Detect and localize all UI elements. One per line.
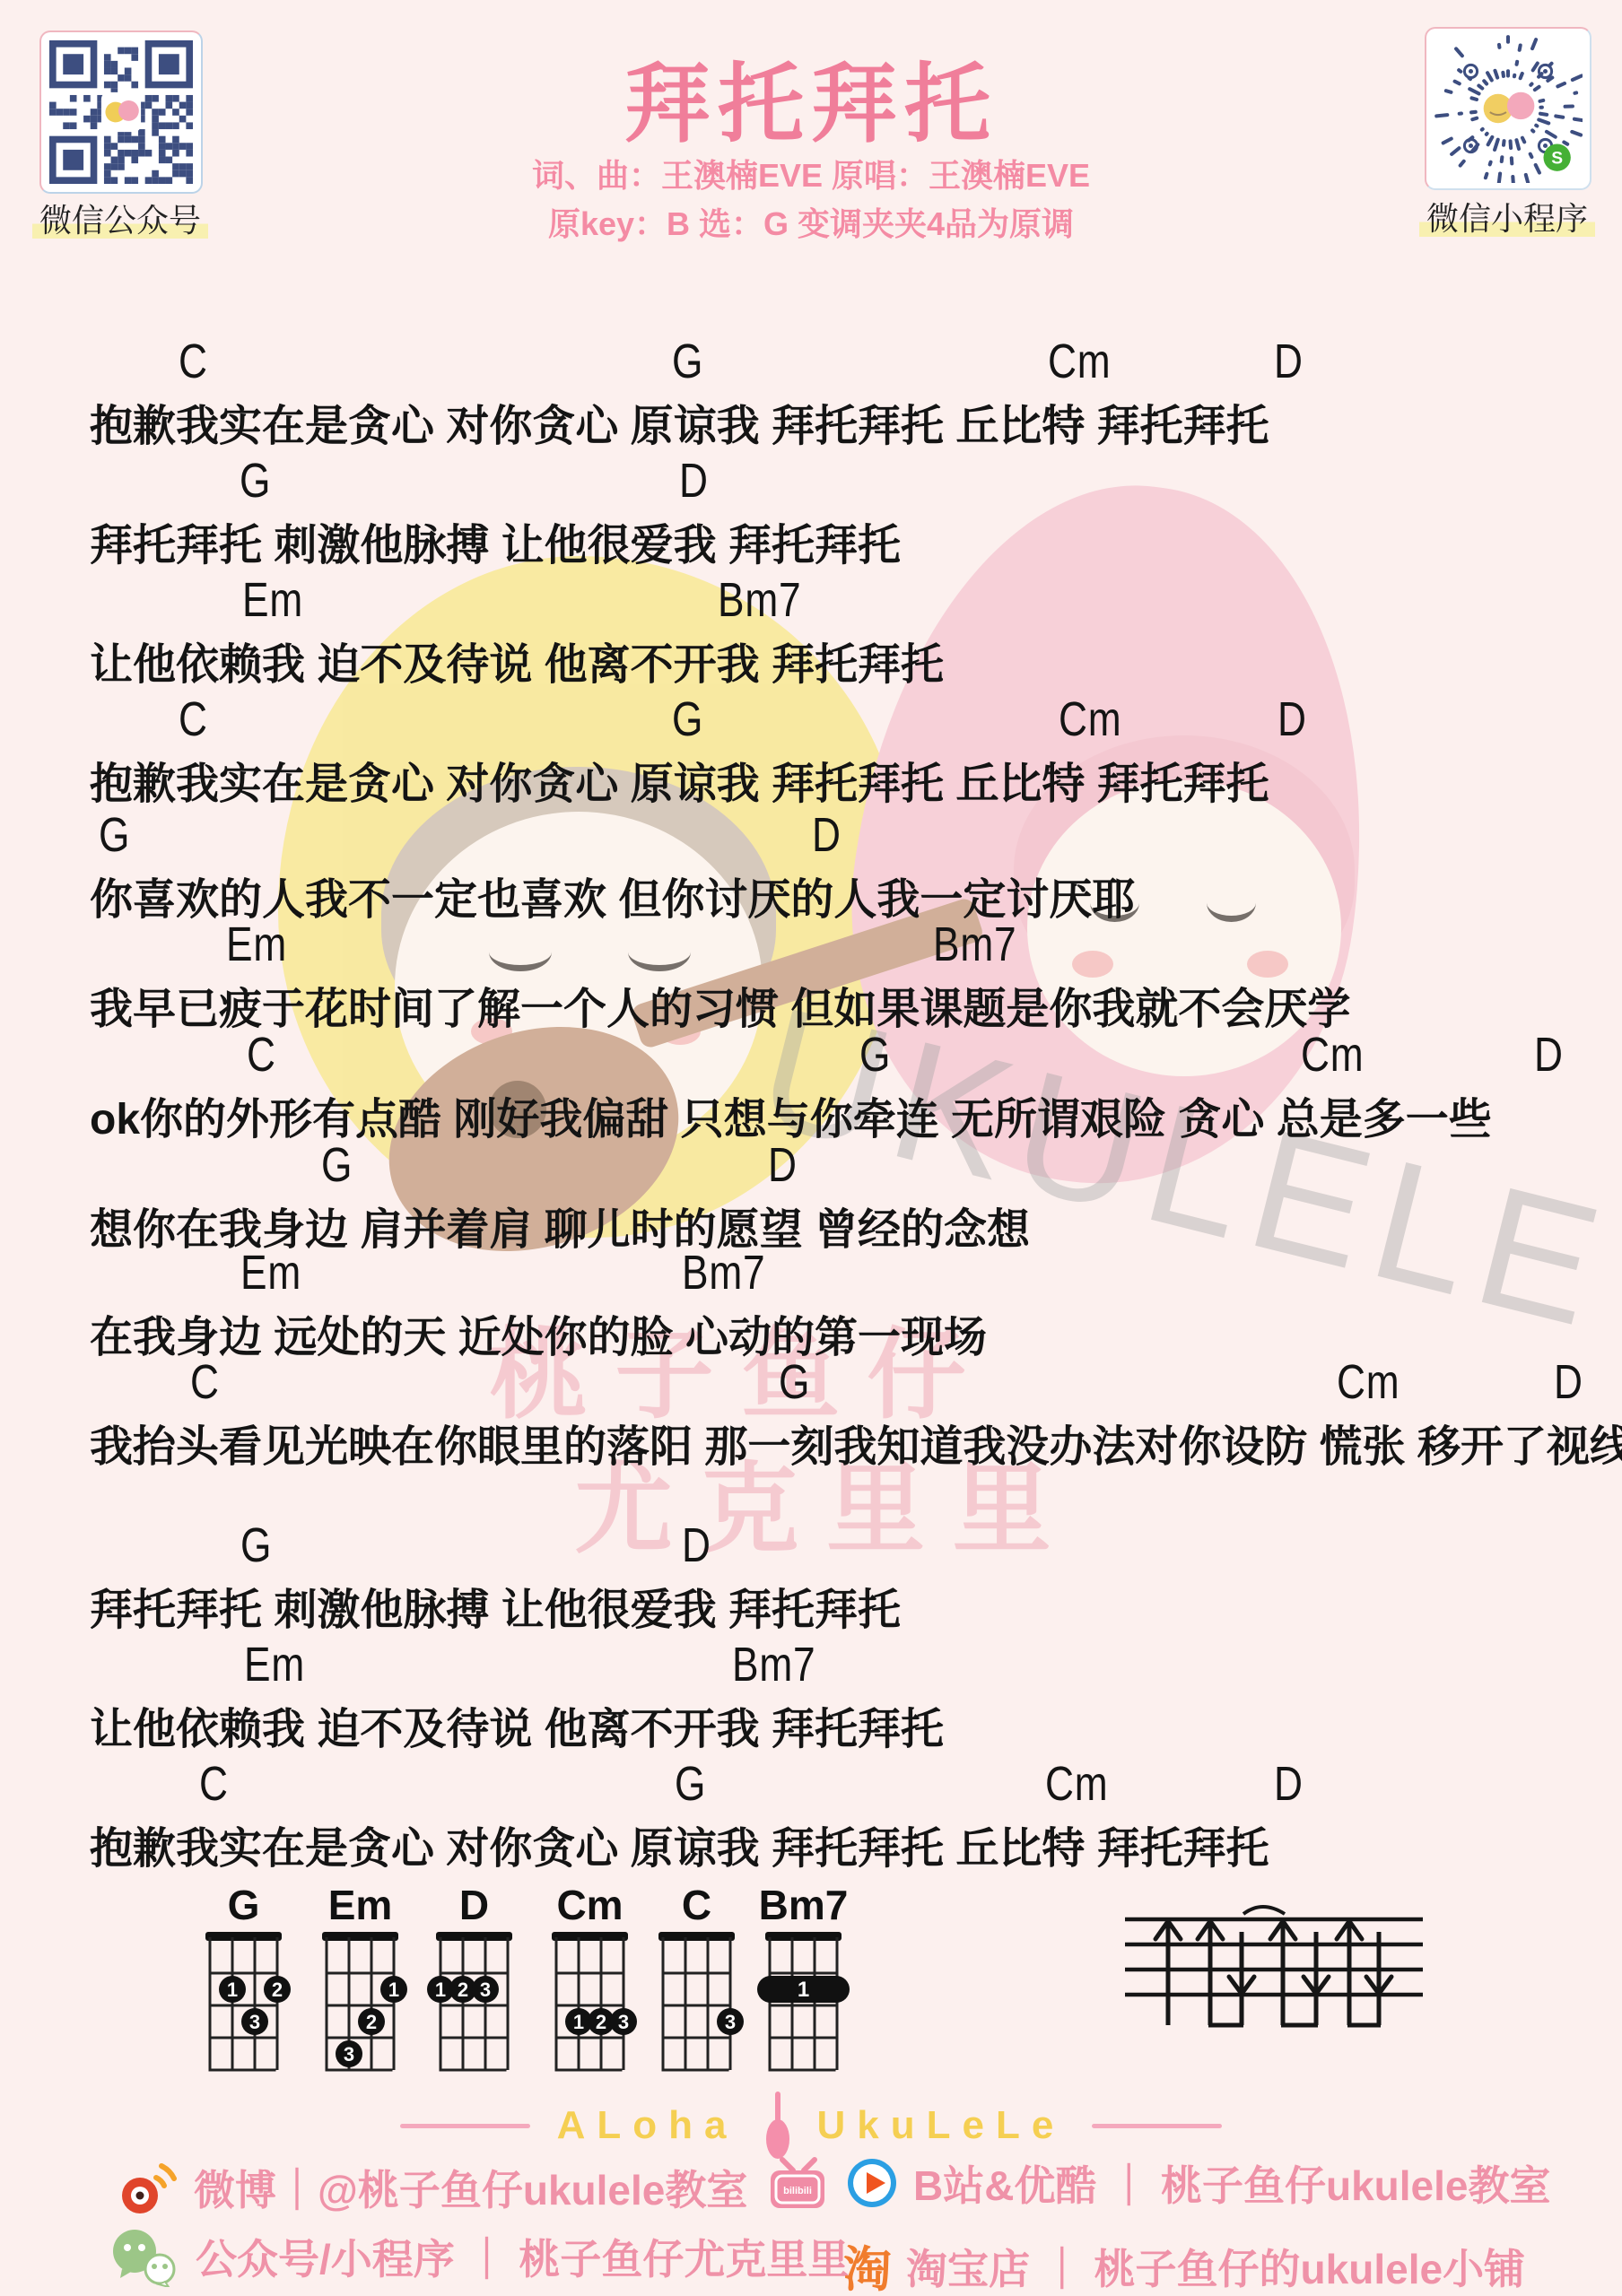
chord-label: C [247,1027,276,1083]
svg-text:3: 3 [617,2011,628,2033]
svg-text:Cm: Cm [556,1883,623,1928]
chord-label: D [679,453,709,509]
key-info: 原key：B 选：G 变调夹夹4品为原调 [0,199,1622,245]
svg-text:Bm7: Bm7 [758,1883,848,1928]
song-line: EmBm7在我身边 远处的天 近处你的脸 心动的第一现场 [0,1245,1622,1363]
bilibili-icon: bilibili [764,2152,831,2213]
chord-label: D [1274,1756,1304,1812]
chord-label: Bm7 [732,1637,816,1692]
chord-label: G [859,1027,891,1083]
lyric-text: 让他依赖我 迫不及待说 他离不开我 拜托拜托 [90,630,944,691]
footer-text: 微博｜@桃子鱼仔ukulele教室 [194,2158,747,2217]
svg-text:2: 2 [365,2011,376,2033]
chord-label: Bm7 [933,917,1017,972]
song-line: CGCmD抱歉我实在是贪心 对你贪心 原谅我 拜托拜托 丘比特 拜托拜托 [0,691,1622,810]
footer-text: 公众号/小程序 ｜ 桃子鱼仔尤克里里 [196,2227,849,2286]
song-line: CGCmD抱歉我实在是贪心 对你贪心 原谅我 拜托拜托 丘比特 拜托拜托 [0,1756,1622,1874]
chord-label: D [682,1518,711,1573]
svg-text:3: 3 [479,1979,490,2001]
chord-diagram-g: G123 [186,1883,302,2077]
svg-text:2: 2 [457,1979,467,2001]
svg-text:C: C [681,1883,711,1928]
svg-text:G: G [227,1883,259,1928]
chord-label: D [1274,334,1304,389]
chord-label: G [240,453,271,509]
song-line: GD你喜欢的人我不一定也喜欢 但你讨厌的人我一定讨厌耶 [0,807,1622,926]
chord-label: D [812,807,842,863]
chord-diagram-c: C3 [639,1883,755,2077]
song-line: GD想你在我身边 肩并着肩 聊儿时的愿望 曾经的念想 [0,1137,1622,1256]
chord-label: G [99,807,130,863]
song-title: 拜托拜托 [0,36,1622,159]
wechat-icon [109,2226,181,2287]
song-line: EmBm7让他依赖我 迫不及待说 他离不开我 拜托拜托 [0,1637,1622,1755]
taobao-icon: 淘 [843,2231,892,2296]
chord-label: C [179,691,208,747]
divider-line [400,2124,530,2128]
weibo-link-row: 微博｜@桃子鱼仔ukulele教室 [115,2158,747,2217]
wechat-link-row: 公众号/小程序 ｜ 桃子鱼仔尤克里里 [109,2226,849,2287]
chord-label: G [321,1137,353,1193]
svg-text:3: 3 [249,2011,259,2033]
chord-label: Em [244,1637,305,1692]
footer-text: 淘宝店 ｜ 桃子鱼仔的ukulele小铺 [906,2237,1525,2296]
svg-text:1: 1 [388,1979,398,2001]
chord-label: C [179,334,208,389]
chord-label: G [672,691,703,747]
svg-text:bilibili: bilibili [783,2186,812,2196]
lyric-text: 拜托拜托 刺激他脉搏 让他很爱我 拜托拜托 [90,510,901,572]
taobao-link-row: 淘 淘宝店 ｜ 桃子鱼仔的ukulele小铺 [843,2231,1525,2296]
chord-label: D [1278,691,1307,747]
chord-label: C [190,1354,220,1410]
svg-text:3: 3 [724,2011,735,2033]
song-line: CGCmD抱歉我实在是贪心 对你贪心 原谅我 拜托拜托 丘比特 拜托拜托 [0,334,1622,452]
weibo-icon [115,2158,179,2217]
lyric-text: 抱歉我实在是贪心 对你贪心 原谅我 拜托拜托 丘比特 拜托拜托 [90,391,1269,453]
chord-label: G [675,1756,706,1812]
chord-label: Em [242,572,303,628]
chord-label: Em [240,1245,301,1300]
svg-text:Em: Em [327,1883,392,1928]
chord-label: Cm [1059,691,1122,747]
svg-text:1: 1 [434,1979,445,2001]
chord-label: D [1534,1027,1564,1083]
chord-label: Cm [1337,1354,1400,1410]
chord-label: Cm [1301,1027,1365,1083]
play-video-icon [845,2156,899,2210]
chord-sheet-page: UKULELE 桃 子 鱼 仔 尤 克 里 里 微信公众号 S 微信小程序 拜托… [0,0,1622,2296]
lyric-text: 抱歉我实在是贪心 对你贪心 原谅我 拜托拜托 丘比特 拜托拜托 [90,1813,1269,1875]
banner-word-right: UkuLeLe [817,2103,1066,2148]
chord-diagram-cm: Cm123 [532,1883,649,2077]
chord-label: G [672,334,703,389]
svg-text:2: 2 [595,2011,606,2033]
song-line: EmBm7让他依赖我 迫不及待说 他离不开我 拜托拜托 [0,572,1622,691]
song-line: CGCmD我抬头看见光映在你眼里的落阳 那一刻我知道我没办法对你设防 慌张 移开… [0,1354,1622,1473]
ukulele-icon [765,2092,790,2160]
chord-label: D [768,1137,798,1193]
chord-label: D [1554,1354,1583,1410]
chord-label: Em [226,917,287,972]
lyric-text: 我抬头看见光映在你眼里的落阳 那一刻我知道我没办法对你设防 慌张 移开了视线 [90,1412,1622,1474]
chord-label: Cm [1045,1756,1109,1812]
song-line: CGCmDok你的外形有点酷 刚好我偏甜 只想与你牵连 无所谓艰险 贪心 总是多… [0,1027,1622,1145]
chord-diagram-bm7: Bm71 [746,1883,862,2077]
banner-word-left: ALoha [557,2103,738,2148]
footer-text: B站&优酷 ｜ 桃子鱼仔ukulele教室 [913,2153,1551,2213]
song-line: EmBm7我早已疲于花时间了解一个人的习惯 但如果课题是你我就不会厌学 [0,917,1622,1035]
divider-line [1092,2124,1222,2128]
song-credits: 词、曲：王澳楠EVE 原唱：王澳楠EVE [0,151,1622,196]
lyric-text: 抱歉我实在是贪心 对你贪心 原谅我 拜托拜托 丘比特 拜托拜托 [90,749,1269,811]
chord-diagram-em: Em123 [302,1883,419,2077]
chord-label: Cm [1048,334,1112,389]
chord-label: G [240,1518,272,1573]
chord-label: G [779,1354,810,1410]
svg-text:D: D [458,1883,488,1928]
svg-text:2: 2 [271,1979,282,2001]
chord-diagram-d: D123 [416,1883,533,2077]
lyric-text: 让他依赖我 迫不及待说 他离不开我 拜托拜托 [90,1694,944,1756]
svg-text:1: 1 [572,2011,583,2033]
svg-text:3: 3 [343,2043,353,2066]
svg-text:1: 1 [226,1979,237,2001]
chord-label: C [199,1756,229,1812]
chord-label: Bm7 [682,1245,766,1300]
chord-label: Bm7 [718,572,802,628]
song-line: GD拜托拜托 刺激他脉搏 让他很爱我 拜托拜托 [0,453,1622,571]
lyric-text: 拜托拜托 刺激他脉搏 让他很爱我 拜托拜托 [90,1575,901,1637]
bilibili-youku-link-row: bilibili B站&优酷 ｜ 桃子鱼仔ukulele教室 [764,2152,1551,2213]
aloha-ukulele-banner: ALoha UkuLeLe [0,2094,1622,2157]
song-line: GD拜托拜托 刺激他脉搏 让他很爱我 拜托拜托 [0,1518,1622,1636]
svg-text:1: 1 [797,1978,808,2002]
